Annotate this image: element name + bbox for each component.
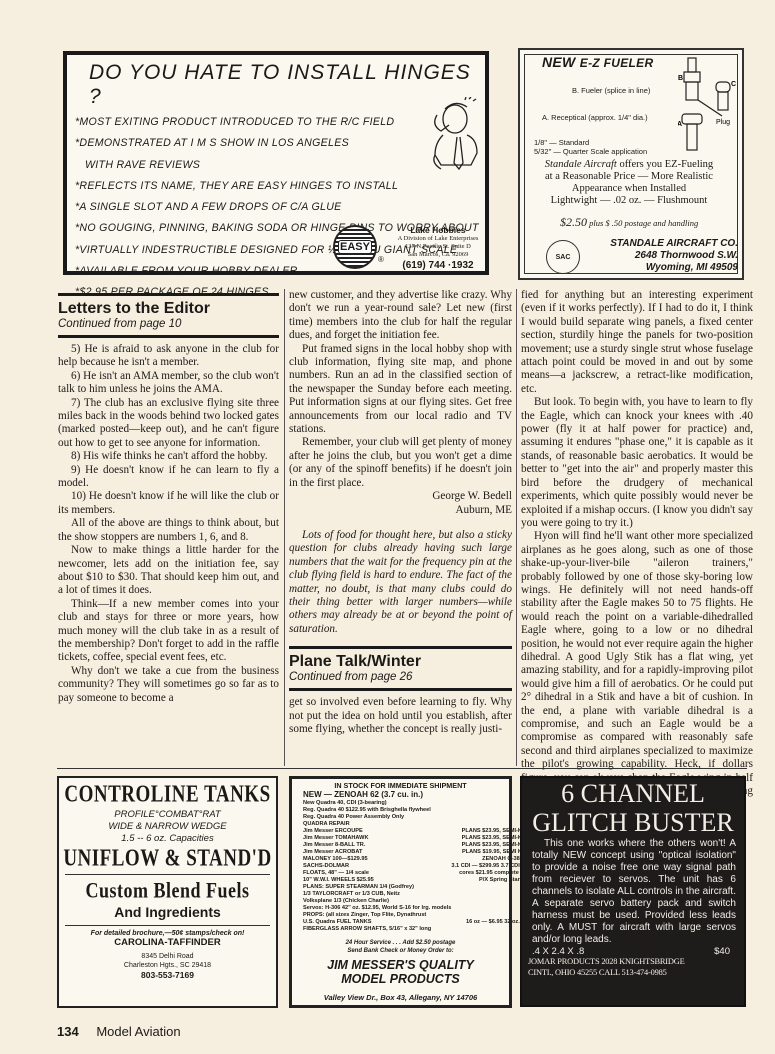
headline: UNIFLOW & STAND'D bbox=[59, 845, 276, 873]
price-cell-item: FLOATS, 48" — 1/4 scale bbox=[303, 870, 451, 877]
hinge-ad-line: *MOST EXITING PRODUCT INTRODUCED TO THE … bbox=[75, 112, 477, 133]
carolina-taffinder-ad: CONTROLINE TANKS PROFILE°COMBAT°RAT WIDE… bbox=[57, 776, 278, 1008]
city-line: CINTI., OHIO 45255 CALL 513-474-0985 bbox=[522, 968, 744, 979]
hinge-ad-line: WITH RAVE REVIEWS bbox=[75, 155, 477, 176]
tagline: 1.5 -- 6 oz. Capacities bbox=[59, 833, 276, 845]
standale-contact: STANDALE AIRCRAFT CO. 2648 Thornwood S.W… bbox=[598, 238, 738, 274]
headline: 6 CHANNEL bbox=[522, 780, 744, 807]
page-number: 134 bbox=[57, 1024, 79, 1039]
section-title: Letters to the Editor bbox=[58, 300, 279, 318]
price-cell-item: PLANS: SUPER STEARMAN 1/4 (Godfrey) bbox=[303, 884, 451, 891]
paragraph: 6) He isn't an AMA member, so the club w… bbox=[58, 370, 279, 397]
headline: CONTROLINE TANKS bbox=[59, 781, 276, 809]
price-cell-mid bbox=[451, 790, 527, 800]
ads-divider-rule bbox=[57, 768, 747, 769]
price-cell-item: Jim Messer ERCOUPE bbox=[303, 828, 451, 835]
svg-text:B: B bbox=[678, 75, 683, 82]
city: Charleston Hgts., SC 29418 bbox=[59, 961, 276, 970]
brand-name: Standale Aircraft bbox=[545, 159, 617, 170]
street: 2648 Thornwood S.W. bbox=[598, 250, 738, 262]
svg-text:C: C bbox=[731, 81, 736, 88]
price-cell-item: Jim Messer 8-BALL TR. bbox=[303, 842, 451, 849]
column-divider bbox=[284, 289, 285, 766]
price-cell-item: QUADRA REPAIR bbox=[303, 821, 451, 828]
price-cell-item: U.S. Quadra FUEL TANKS bbox=[303, 919, 451, 926]
price-cell-item: Servos: H-306 42" oz. $12.95, World S-16… bbox=[303, 905, 451, 912]
glitch-buster-ad: 6 CHANNEL GLITCH BUSTER This one works w… bbox=[520, 776, 746, 1007]
price: $40 bbox=[714, 946, 730, 957]
paragraph: get so involved even before learning to … bbox=[289, 696, 512, 736]
publication-name: Model Aviation bbox=[96, 1024, 180, 1039]
phone: 803-553-7169 bbox=[59, 970, 276, 981]
paragraph: 9) He doesn't know if he can learn to fl… bbox=[58, 464, 279, 491]
paragraph: Now to make things a little harder for t… bbox=[58, 544, 279, 598]
frustrated-man-cartoon-icon bbox=[425, 97, 489, 187]
price-cell-item: 1/3 TAYLORCRAFT or 1/3 CUB, Neitz bbox=[303, 891, 451, 898]
signature-place: Auburn, ME bbox=[289, 504, 512, 517]
fueler-price: $2.50 plus $ .50 postage and handling bbox=[560, 215, 698, 230]
continued-from: Continued from page 10 bbox=[58, 318, 279, 331]
paragraph: Put framed signs in the local hobby shop… bbox=[289, 343, 512, 437]
price-note: plus $ .50 postage and handling bbox=[587, 218, 698, 228]
city: San Marcos, Ca. 92069 bbox=[389, 251, 487, 259]
easy-logo-text: EASY bbox=[338, 240, 372, 254]
price-cell-mid bbox=[451, 926, 527, 933]
paragraph: 7) The club has an exclusive flying site… bbox=[58, 397, 279, 451]
price-cell-mid: PLANS $23.95, SEMI-KIT bbox=[451, 835, 527, 842]
price-cell-item: New Quadra 40, CDI (3-bearing) bbox=[303, 800, 451, 807]
sac-logo: SAC bbox=[546, 240, 580, 274]
price-cell-mid bbox=[451, 800, 527, 807]
price-cell-mid bbox=[451, 905, 527, 912]
company-name: Lake Hobbies bbox=[389, 225, 487, 235]
street: 8345 Delhi Road bbox=[59, 952, 276, 961]
paragraph: fied for anything but an interesting exp… bbox=[521, 289, 753, 396]
label-fueler: B. Fueler (splice in line) bbox=[572, 86, 650, 95]
price-cell-item: FIBERGLASS ARROW SHAFTS, 5/16" x 32" lon… bbox=[303, 926, 451, 933]
price-cell-mid bbox=[451, 821, 527, 828]
price-cell-item: 10" W.W.I. WHEELS $25.95 bbox=[303, 877, 451, 884]
dimensions: .4 X 2.4 X .8 bbox=[532, 946, 584, 957]
fueler-pitch: Standale Aircraft offers you EZ-Fueling … bbox=[524, 159, 734, 207]
easy-hinges-logo: EASY bbox=[333, 225, 377, 269]
subheadline: And Ingredients bbox=[59, 904, 276, 921]
payment-line: Send Bank Check or Money Order to: bbox=[292, 947, 509, 955]
ez-fueler-ad: NEW E-Z FUELER B. Fueler (splice in line… bbox=[518, 48, 744, 280]
price-cell-mid bbox=[451, 807, 527, 814]
brand-line: JIM MESSER'S QUALITY bbox=[292, 958, 509, 972]
paragraph: But look. To begin with, you have to lea… bbox=[521, 396, 753, 530]
paragraph: 8) His wife thinks he can't afford the h… bbox=[58, 450, 279, 463]
price: $2.50 bbox=[560, 215, 587, 229]
fueler-diagram-icon: B C A Plug bbox=[678, 56, 738, 162]
company-name: STANDALE AIRCRAFT CO. bbox=[598, 238, 738, 250]
plane-talk-section-header: Plane Talk/Winter Continued from page 26 bbox=[289, 646, 512, 691]
ad-body: This one works where the others won't! A… bbox=[522, 836, 744, 946]
price-cell-item: SACHS-DOLMAR bbox=[303, 863, 451, 870]
paragraph: new customer, and they advertise like cr… bbox=[289, 289, 512, 343]
price-cell-item: PROPS: (all sizes Zinger, Top Flite, Dyn… bbox=[303, 912, 451, 919]
price-cell-mid bbox=[451, 912, 527, 919]
tagline: PROFILE°COMBAT°RAT bbox=[59, 809, 276, 821]
paragraph: Hyon will find he'll want other more spe… bbox=[521, 530, 753, 812]
price-cell-mid bbox=[451, 898, 527, 905]
price-cell-mid: PLANS $23.95, SEMI-KIT bbox=[451, 828, 527, 835]
dims-price: .4 X 2.4 X .8 $40 bbox=[522, 946, 744, 957]
column-2: new customer, and they advertise like cr… bbox=[289, 289, 512, 736]
title-new: NEW bbox=[542, 54, 576, 70]
price-cell-item: Volksplane 1/3 (Chicken Charlie) bbox=[303, 898, 451, 905]
lake-hobbies-contact: Lake Hobbies A Division of Lake Enterpri… bbox=[389, 225, 487, 271]
phone: (619) 744 ·1932 bbox=[389, 260, 487, 271]
price-cell-mid: cores $21.95 complete kit bbox=[451, 870, 527, 877]
brand: JIM MESSER'S QUALITY MODEL PRODUCTS bbox=[292, 958, 509, 986]
pitch-line: Lightwight — .02 oz. — Flushmount bbox=[524, 195, 734, 207]
column-divider bbox=[516, 289, 517, 766]
jim-messer-ad: IN STOCK FOR IMMEDIATE SHIPMENT NEW — ZE… bbox=[289, 776, 512, 1008]
price-cell-mid: 16 oz — $6.95 32 oz. — bbox=[451, 919, 527, 926]
street: 137 N.Pacific St. Suite D bbox=[389, 243, 487, 251]
pitch-line: offers you EZ-Fueling bbox=[617, 159, 713, 170]
price-cell-mid bbox=[451, 891, 527, 898]
signature-name: George W. Bedell bbox=[289, 490, 512, 503]
body-text: This one works where the others won't! A… bbox=[532, 838, 736, 946]
editor-note: Lots of food for thought here, but also … bbox=[289, 529, 512, 636]
price-cell-item: Jim Messer ACROBAT bbox=[303, 849, 451, 856]
price-cell-mid: P/X Spring Starter bbox=[451, 877, 527, 884]
column-3: fied for anything but an interesting exp… bbox=[521, 289, 753, 812]
company-line: JOMAR PRODUCTS 2028 KNIGHTSBRIDGE bbox=[522, 957, 744, 968]
price-cell-item: MALONEY 100—$129.95 bbox=[303, 856, 451, 863]
headline: Custom Blend Fuels bbox=[59, 876, 276, 904]
paragraph: 5) He is afraid to ask anyone in the clu… bbox=[58, 343, 279, 370]
brand-line: MODEL PRODUCTS bbox=[292, 972, 509, 986]
price-cell-mid bbox=[451, 814, 527, 821]
easy-hinges-ad: DO YOU HATE TO INSTALL HINGES ? *MOST EX… bbox=[63, 51, 489, 275]
price-cell-item: NEW — ZENOAH 62 (3.7 cu. in.) bbox=[303, 790, 451, 800]
hinge-ad-line: *A SINGLE SLOT AND A FEW DROPS OF C/A GL… bbox=[75, 197, 477, 218]
paragraph: 10) He doesn't know if he will like the … bbox=[58, 490, 279, 517]
continued-from: Continued from page 26 bbox=[289, 671, 512, 684]
price-cell-item: Reg. Quadra 40 $122.95 with Brisghella f… bbox=[303, 807, 451, 814]
page-footer: 134 Model Aviation bbox=[57, 1024, 181, 1039]
pitch-line: Appearance when Installed bbox=[524, 183, 734, 195]
price-cell-mid: PLANS $23.95, SEMI-KIT bbox=[451, 842, 527, 849]
title-product: E-Z FUELER bbox=[580, 56, 654, 70]
division: A Division of Lake Enterprises bbox=[389, 235, 487, 243]
hinge-ad-title: DO YOU HATE TO INSTALL HINGES ? bbox=[89, 61, 477, 109]
price-cell-mid: ZENOAH G-38 — bbox=[451, 856, 527, 863]
price-cell-mid: PLANS $19.95, SEMI KIT bbox=[451, 849, 527, 856]
svg-text:Plug: Plug bbox=[716, 119, 730, 126]
hinge-ad-bullets: *MOST EXITING PRODUCT INTRODUCED TO THE … bbox=[75, 112, 477, 304]
company-name: CAROLINA-TAFFINDER bbox=[59, 937, 276, 949]
registered-mark: ® bbox=[378, 255, 384, 264]
pitch-line: at a Reasonable Price — More Realistic bbox=[524, 171, 734, 183]
paragraph: Why don't we take a cue from the busines… bbox=[58, 665, 279, 705]
paragraph: Remember, your club will get plenty of m… bbox=[289, 436, 512, 490]
paragraph: Think—If a new member comes into your cl… bbox=[58, 598, 279, 665]
letters-section-header: Letters to the Editor Continued from pag… bbox=[58, 293, 279, 338]
service-note: 24 Hour Service . . . Add $2.50 postage … bbox=[292, 939, 509, 955]
price-cell-item: Reg. Quadra 40 Power Assembly Only bbox=[303, 814, 451, 821]
price-cell-item: Jim Messer TOMAHAWK bbox=[303, 835, 451, 842]
label-receptical: A. Receptical (approx. 1/4" dia.) bbox=[542, 113, 648, 122]
hinge-ad-line: *DEMONSTRATED AT I M S SHOW IN LOS ANGEL… bbox=[75, 133, 477, 154]
column-1: Letters to the Editor Continued from pag… bbox=[58, 293, 279, 705]
divider bbox=[65, 925, 270, 926]
tagline: WIDE & NARROW WEDGE bbox=[59, 821, 276, 833]
headline: GLITCH BUSTER bbox=[522, 809, 744, 836]
paragraph: All of the above are things to think abo… bbox=[58, 517, 279, 544]
section-title: Plane Talk/Winter bbox=[289, 653, 512, 671]
hinge-ad-line: *REFLECTS ITS NAME, THEY ARE EASY HINGES… bbox=[75, 176, 477, 197]
size-quarter-scale: 5/32" — Quarter Scale application bbox=[534, 147, 647, 156]
price-cell-mid bbox=[451, 884, 527, 891]
fueler-ad-title: NEW E-Z FUELER bbox=[542, 54, 653, 70]
price-cell-mid: 3.1 CDI — $299.95 3.7 CDI — bbox=[451, 863, 527, 870]
stock-header: IN STOCK FOR IMMEDIATE SHIPMENT bbox=[292, 781, 509, 790]
city: Wyoming, MI 49509 bbox=[598, 262, 738, 274]
size-standard: 1/8" — Standard bbox=[534, 138, 589, 147]
brochure-note: For detailed brochure,—50¢ stamps/check … bbox=[59, 930, 276, 937]
svg-text:A: A bbox=[678, 121, 682, 128]
divider bbox=[65, 874, 270, 875]
address: Valley View Dr., Box 43, Allegany, NY 14… bbox=[292, 993, 509, 1002]
service-line: 24 Hour Service . . . Add $2.50 postage bbox=[292, 939, 509, 947]
